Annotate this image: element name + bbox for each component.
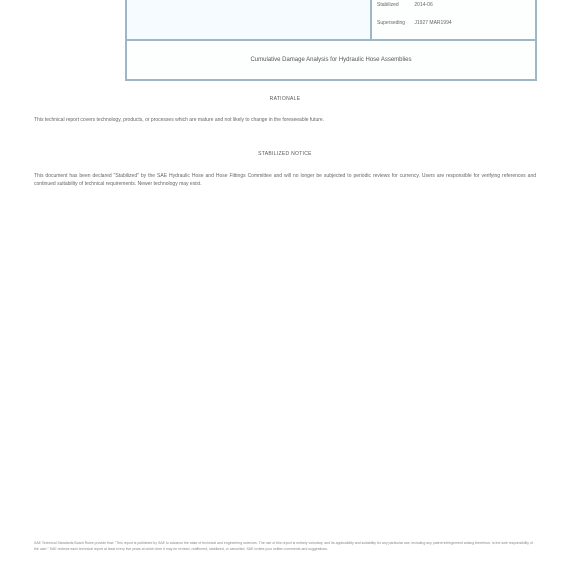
document-header-box: Stabilized 2014-06 Superseding J1927 MAR… [125, 0, 537, 81]
document-title: Cumulative Damage Analysis for Hydraulic… [127, 41, 535, 79]
meta-value: J1927 MAR1994 [414, 20, 451, 26]
meta-superseding: Superseding J1927 MAR1994 [377, 20, 452, 26]
meta-value: 2014-06 [414, 2, 432, 8]
stabilized-notice-heading: STABILIZED NOTICE [0, 151, 570, 157]
rationale-body: This technical report covers technology,… [34, 116, 536, 124]
meta-stabilized: Stabilized 2014-06 [377, 2, 433, 8]
header-top-row: Stabilized 2014-06 Superseding J1927 MAR… [127, 0, 535, 41]
rationale-heading: RATIONALE [0, 96, 570, 102]
meta-label: Superseding [377, 20, 413, 26]
footer-legal-text: SAE Technical Standards Board Rules prov… [34, 540, 536, 552]
meta-label: Stabilized [377, 2, 413, 8]
header-logo-area [127, 0, 372, 39]
stabilized-notice-body: This document has been declared "Stabili… [34, 172, 536, 188]
